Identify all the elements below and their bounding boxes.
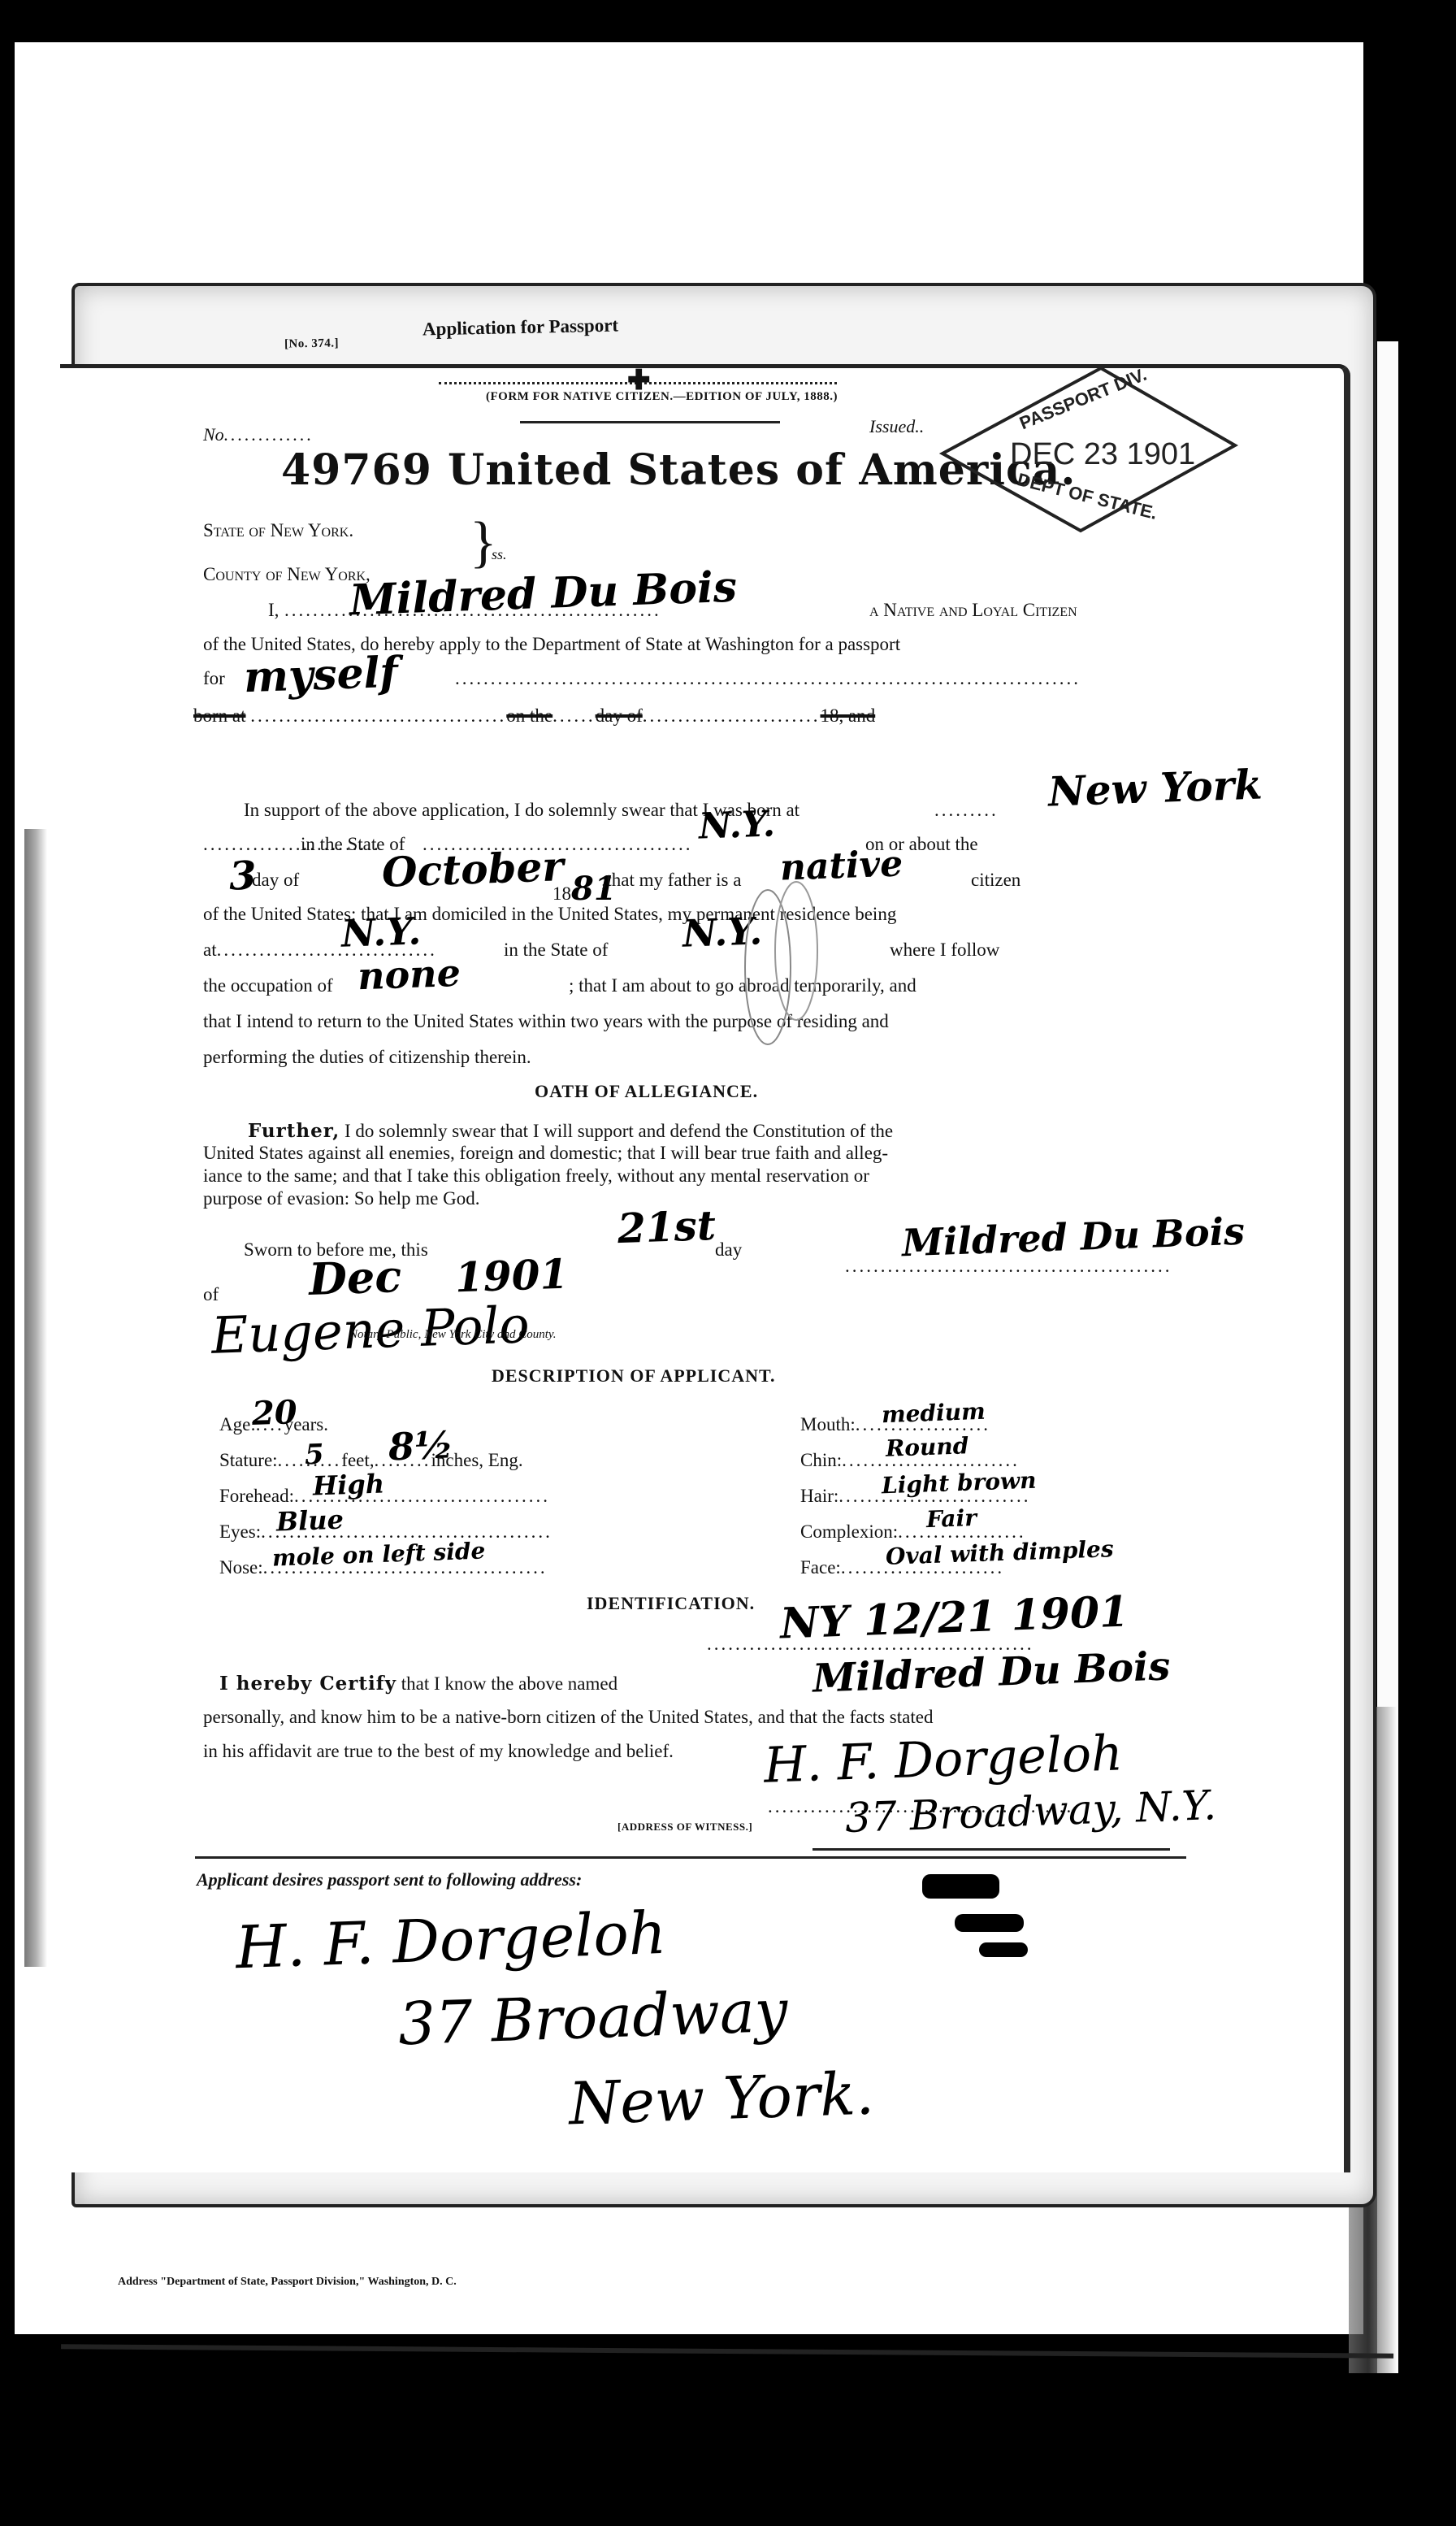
faint-pencil-mark-icon <box>731 853 829 1057</box>
mailing-label: Applicant desires passport sent to follo… <box>197 1869 582 1890</box>
application-number: 49769 <box>281 445 432 495</box>
sworn-year: 1901 <box>454 1250 569 1302</box>
stature-feet: 5 <box>304 1439 324 1472</box>
age-value: 20 <box>251 1393 297 1433</box>
father-label: ;that my father is a <box>601 870 741 891</box>
passport-division-stamp: PASSPORT DIV. DEC 23 1901 DEPT OF STATE. <box>938 364 1239 535</box>
footer-address: Address "Department of State, Passport D… <box>118 2276 457 2289</box>
brace: } <box>470 510 497 575</box>
witness-rule <box>812 1848 1170 1851</box>
for-label: for <box>203 668 225 689</box>
day-label: day <box>715 1239 742 1261</box>
bottom-page-edge <box>61 2344 1393 2374</box>
of-label: of <box>203 1284 219 1305</box>
sworn-month: Dec <box>308 1250 402 1305</box>
venue-county: County of New York, <box>203 564 370 585</box>
occupation-value: none <box>357 951 461 998</box>
certify-line: I hereby Certify that I know the above n… <box>219 1673 617 1695</box>
certify-line-2: personally, and know him to be a native-… <box>203 1707 933 1728</box>
i-label: I, <box>268 600 279 621</box>
oath-heading: OATH OF ALLEGIANCE. <box>535 1081 758 1102</box>
ss-label: ss. <box>492 546 507 563</box>
hair-value: Light brown <box>881 1467 1036 1500</box>
leader-dots: ......... <box>934 800 999 821</box>
in-state-label-2: in the State of <box>504 940 608 961</box>
day-of-label: day of <box>252 870 299 891</box>
mailing-line-2: 37 Broadway <box>397 1977 789 2059</box>
venue-state: State of New York. <box>203 520 353 541</box>
native-citizen-label: a Native and Loyal Citizen <box>869 600 1077 621</box>
for-value: myself <box>243 648 399 703</box>
oath-line-3: iance to the same; and that I take this … <box>203 1165 869 1187</box>
eyes-field: Eyes:...................................… <box>219 1521 552 1543</box>
redaction-bar <box>955 1914 1024 1932</box>
oath-line-2: United States against all enemies, forei… <box>203 1143 888 1164</box>
section-divider <box>195 1856 1186 1859</box>
stamp-date: DEC 23 1901 <box>1010 437 1195 472</box>
birth-month: October <box>381 842 564 896</box>
birthplace: New York <box>1047 760 1263 815</box>
occupation-label: the occupation of <box>203 975 333 996</box>
mouth-value: medium <box>881 1398 986 1428</box>
stature-inches: 8½ <box>388 1423 454 1469</box>
oath-line-4: purpose of evasion: So help me God. <box>203 1188 479 1209</box>
citizen-label: citizen <box>971 870 1020 891</box>
witness-address-label: [ADDRESS OF WITNESS.] <box>617 1821 752 1834</box>
description-heading: DESCRIPTION OF APPLICANT. <box>492 1365 776 1387</box>
leader-dots: ........................................… <box>455 668 1081 689</box>
number-label: No............. <box>203 424 314 445</box>
identification-heading: IDENTIFICATION. <box>587 1593 755 1614</box>
where-follow-label: where I follow <box>890 940 999 961</box>
scan-background <box>0 2471 1456 2526</box>
signature-line: ........................................… <box>845 1256 1172 1277</box>
sworn-day: 21st <box>617 1201 717 1252</box>
notary-title: Notary Public, New York City and County. <box>349 1328 556 1342</box>
edition-line: (FORM FOR NATIVE CITIZEN.—EDITION OF JUL… <box>486 390 838 404</box>
back-sheet-header: Application for Passport <box>422 315 619 340</box>
residence-city: N.Y. <box>340 909 422 955</box>
back-form-number: [No. 374.] <box>284 336 339 351</box>
support-line-8: performing the duties of citizenship the… <box>203 1047 531 1068</box>
issued-label: Issued.. <box>869 416 924 437</box>
redaction-bar <box>979 1942 1028 1957</box>
left-edge-shadow <box>24 829 47 1967</box>
chin-value: Round <box>885 1432 968 1462</box>
struck-born-line: born at ................................… <box>193 705 875 727</box>
complexion-value: Fair <box>925 1504 977 1533</box>
mailing-line-3: New York. <box>568 2059 875 2138</box>
forehead-value: High <box>312 1468 384 1501</box>
oath-line-1: Further, I do solemnly swear that I will… <box>248 1120 893 1142</box>
edition-rule <box>520 421 780 423</box>
certify-line-3: in his affidavit are true to the best of… <box>203 1741 674 1762</box>
eyes-value: Blue <box>275 1504 344 1538</box>
redaction-bar <box>922 1874 999 1899</box>
birth-state: N.Y. <box>698 803 776 847</box>
